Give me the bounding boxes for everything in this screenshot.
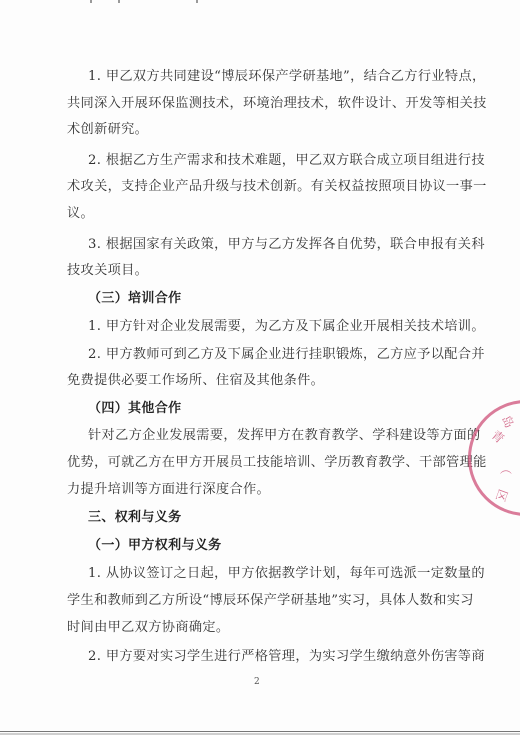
- paragraph-line: 优势，可就乙方在甲方开展员工技能培训、学历教育教学、干部管理能: [67, 455, 472, 471]
- page-number: 2: [254, 677, 260, 687]
- paragraph-line: 2. 根据乙方生产需求和技术难题，甲乙双方联合成立项目组进行技: [88, 153, 472, 169]
- section-heading-other: （四）其他合作: [88, 401, 472, 417]
- paragraph-line: 1. 甲乙双方共同建设“博辰环保产学研基地”，结合乙方行业特点，: [88, 69, 472, 85]
- document-page: 1. 甲乙双方共同建设“博辰环保产学研基地”，结合乙方行业特点， 共同深入开展环…: [0, 0, 520, 735]
- paragraph-line: 力提升培训等方面进行深度合作。: [67, 482, 472, 498]
- paragraph-line: 术攻关，支持企业产品升级与技术创新。有关权益按照项目协议一事一: [67, 179, 472, 195]
- paragraph-line: 术创新研究。: [67, 122, 472, 138]
- paragraph-line: 共同深入开展环保监测技术，环境治理技术，软件设计、开发等相关技: [67, 96, 472, 112]
- subsection-heading-party-a: （一）甲方权利与义务: [88, 538, 472, 554]
- paragraph-line: 针对乙方企业发展需要，发挥甲方在教育教学、学科建设等方面的: [88, 428, 472, 444]
- paragraph-line: 议。: [67, 206, 472, 222]
- paragraph-line: 1. 从协议签订之日起，甲方依据教学计划，每年可选派一定数量的: [88, 566, 472, 582]
- paragraph-line: 1. 甲方针对企业发展需要，为乙方及下属企业开展相关技术培训。: [88, 319, 472, 335]
- paragraph-line: 2. 甲方教师可到乙方及下属企业进行挂职锻炼，乙方应予以配合并: [88, 347, 472, 363]
- scan-top-edge: [0, 0, 520, 3]
- scan-bottom-edge: [0, 731, 520, 732]
- paragraph-line: 时间由甲乙双方协商确定。: [67, 620, 472, 636]
- paragraph-line: 3. 根据国家有关政策，甲方与乙方发挥各自优势，联合申报有关科: [88, 237, 472, 253]
- paragraph-line: 免费提供必要工作场所、住宿及其他条件。: [67, 373, 472, 389]
- stamp-char: （: [498, 462, 515, 474]
- paragraph-line: 2. 甲方要对实习学生进行严格管理，为实习学生缴纳意外伤害等商: [88, 649, 472, 665]
- paragraph-line: 技攻关项目。: [67, 263, 472, 279]
- section-heading-rights: 三、权利与义务: [88, 510, 472, 526]
- section-heading-training: （三）培训合作: [88, 291, 472, 307]
- paragraph-line: 学生和教师到乙方所设“博辰环保产学研基地”实习，具体人数和实习: [67, 593, 472, 609]
